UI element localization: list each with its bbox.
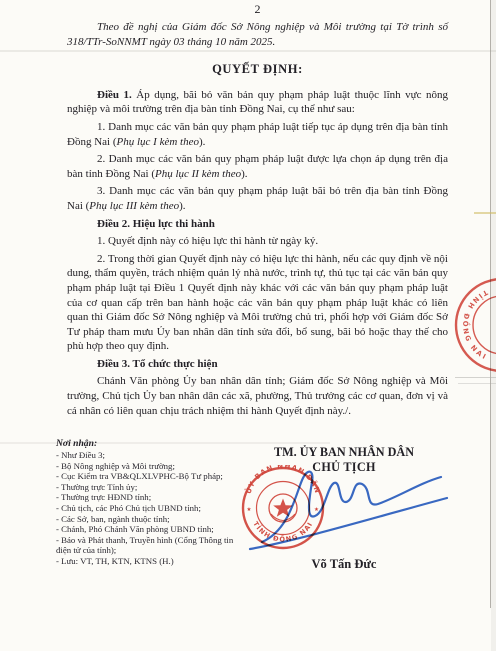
- page-number: 2: [67, 2, 448, 17]
- paragraph: Theo đề nghị của Giám đốc Sở Nông nghiệp…: [67, 20, 448, 49]
- recipient-item: - Thường trực HĐND tỉnh;: [56, 492, 242, 503]
- paragraph: 2. Trong thời gian Quyết định này có hiệ…: [67, 252, 448, 354]
- recipients-block: Nơi nhận: - Như Điều 3;- Bộ Nông nghiệp …: [56, 438, 242, 567]
- edge-partial-seal: TỈNH ĐỒNG NAI: [420, 268, 496, 382]
- recipient-item: - Như Điều 3;: [56, 450, 242, 461]
- paragraph: Chánh Văn phòng Ủy ban nhân dân tỉnh; Gi…: [67, 374, 448, 418]
- paragraph: 3. Danh mục các văn bản quy phạm pháp lu…: [67, 184, 448, 213]
- paragraph: Điều 3. Tổ chức thực hiện: [67, 357, 448, 372]
- recipient-item: - Báo và Phát thanh, Truyền hình (Cổng T…: [56, 535, 242, 556]
- paragraph: QUYẾT ĐỊNH:: [67, 62, 448, 77]
- recipient-item: - Bộ Nông nghiệp và Môi trường;: [56, 461, 242, 472]
- signer-name: Võ Tấn Đức: [238, 557, 450, 572]
- handwritten-signature: [232, 458, 457, 558]
- document-body: Theo đề nghị của Giám đốc Sở Nông nghiệp…: [67, 20, 448, 421]
- document-page: 2 Theo đề nghị của Giám đốc Sở Nông nghi…: [0, 0, 496, 651]
- paragraph: 2. Danh mục các văn bản quy phạm pháp lu…: [67, 152, 448, 181]
- recipients-title: Nơi nhận:: [56, 438, 242, 449]
- recipient-item: - Thường trực Tỉnh ủy;: [56, 482, 242, 493]
- recipient-item: - Các Sở, ban, ngành thuộc tỉnh;: [56, 514, 242, 525]
- paragraph: 1. Quyết định này có hiệu lực thi hành t…: [67, 234, 448, 249]
- recipient-item: - Chủ tịch, các Phó Chủ tịch UBND tỉnh;: [56, 503, 242, 514]
- recipient-item: - Lưu: VT, TH, KTN, KTNS (H.): [56, 556, 242, 567]
- recipients-list: - Như Điều 3;- Bộ Nông nghiệp và Môi trư…: [56, 450, 242, 567]
- paragraph: Điều 2. Hiệu lực thi hành: [67, 217, 448, 232]
- recipient-item: - Chánh, Phó Chánh Văn phòng UBND tỉnh;: [56, 524, 242, 535]
- paragraph: Điều 1. Áp dụng, bãi bỏ văn bản quy phạm…: [67, 88, 448, 117]
- paragraph: 1. Danh mục các văn bản quy phạm pháp lu…: [67, 120, 448, 149]
- recipient-item: - Cục Kiểm tra VB&QLXLVPHC-Bộ Tư pháp;: [56, 471, 242, 482]
